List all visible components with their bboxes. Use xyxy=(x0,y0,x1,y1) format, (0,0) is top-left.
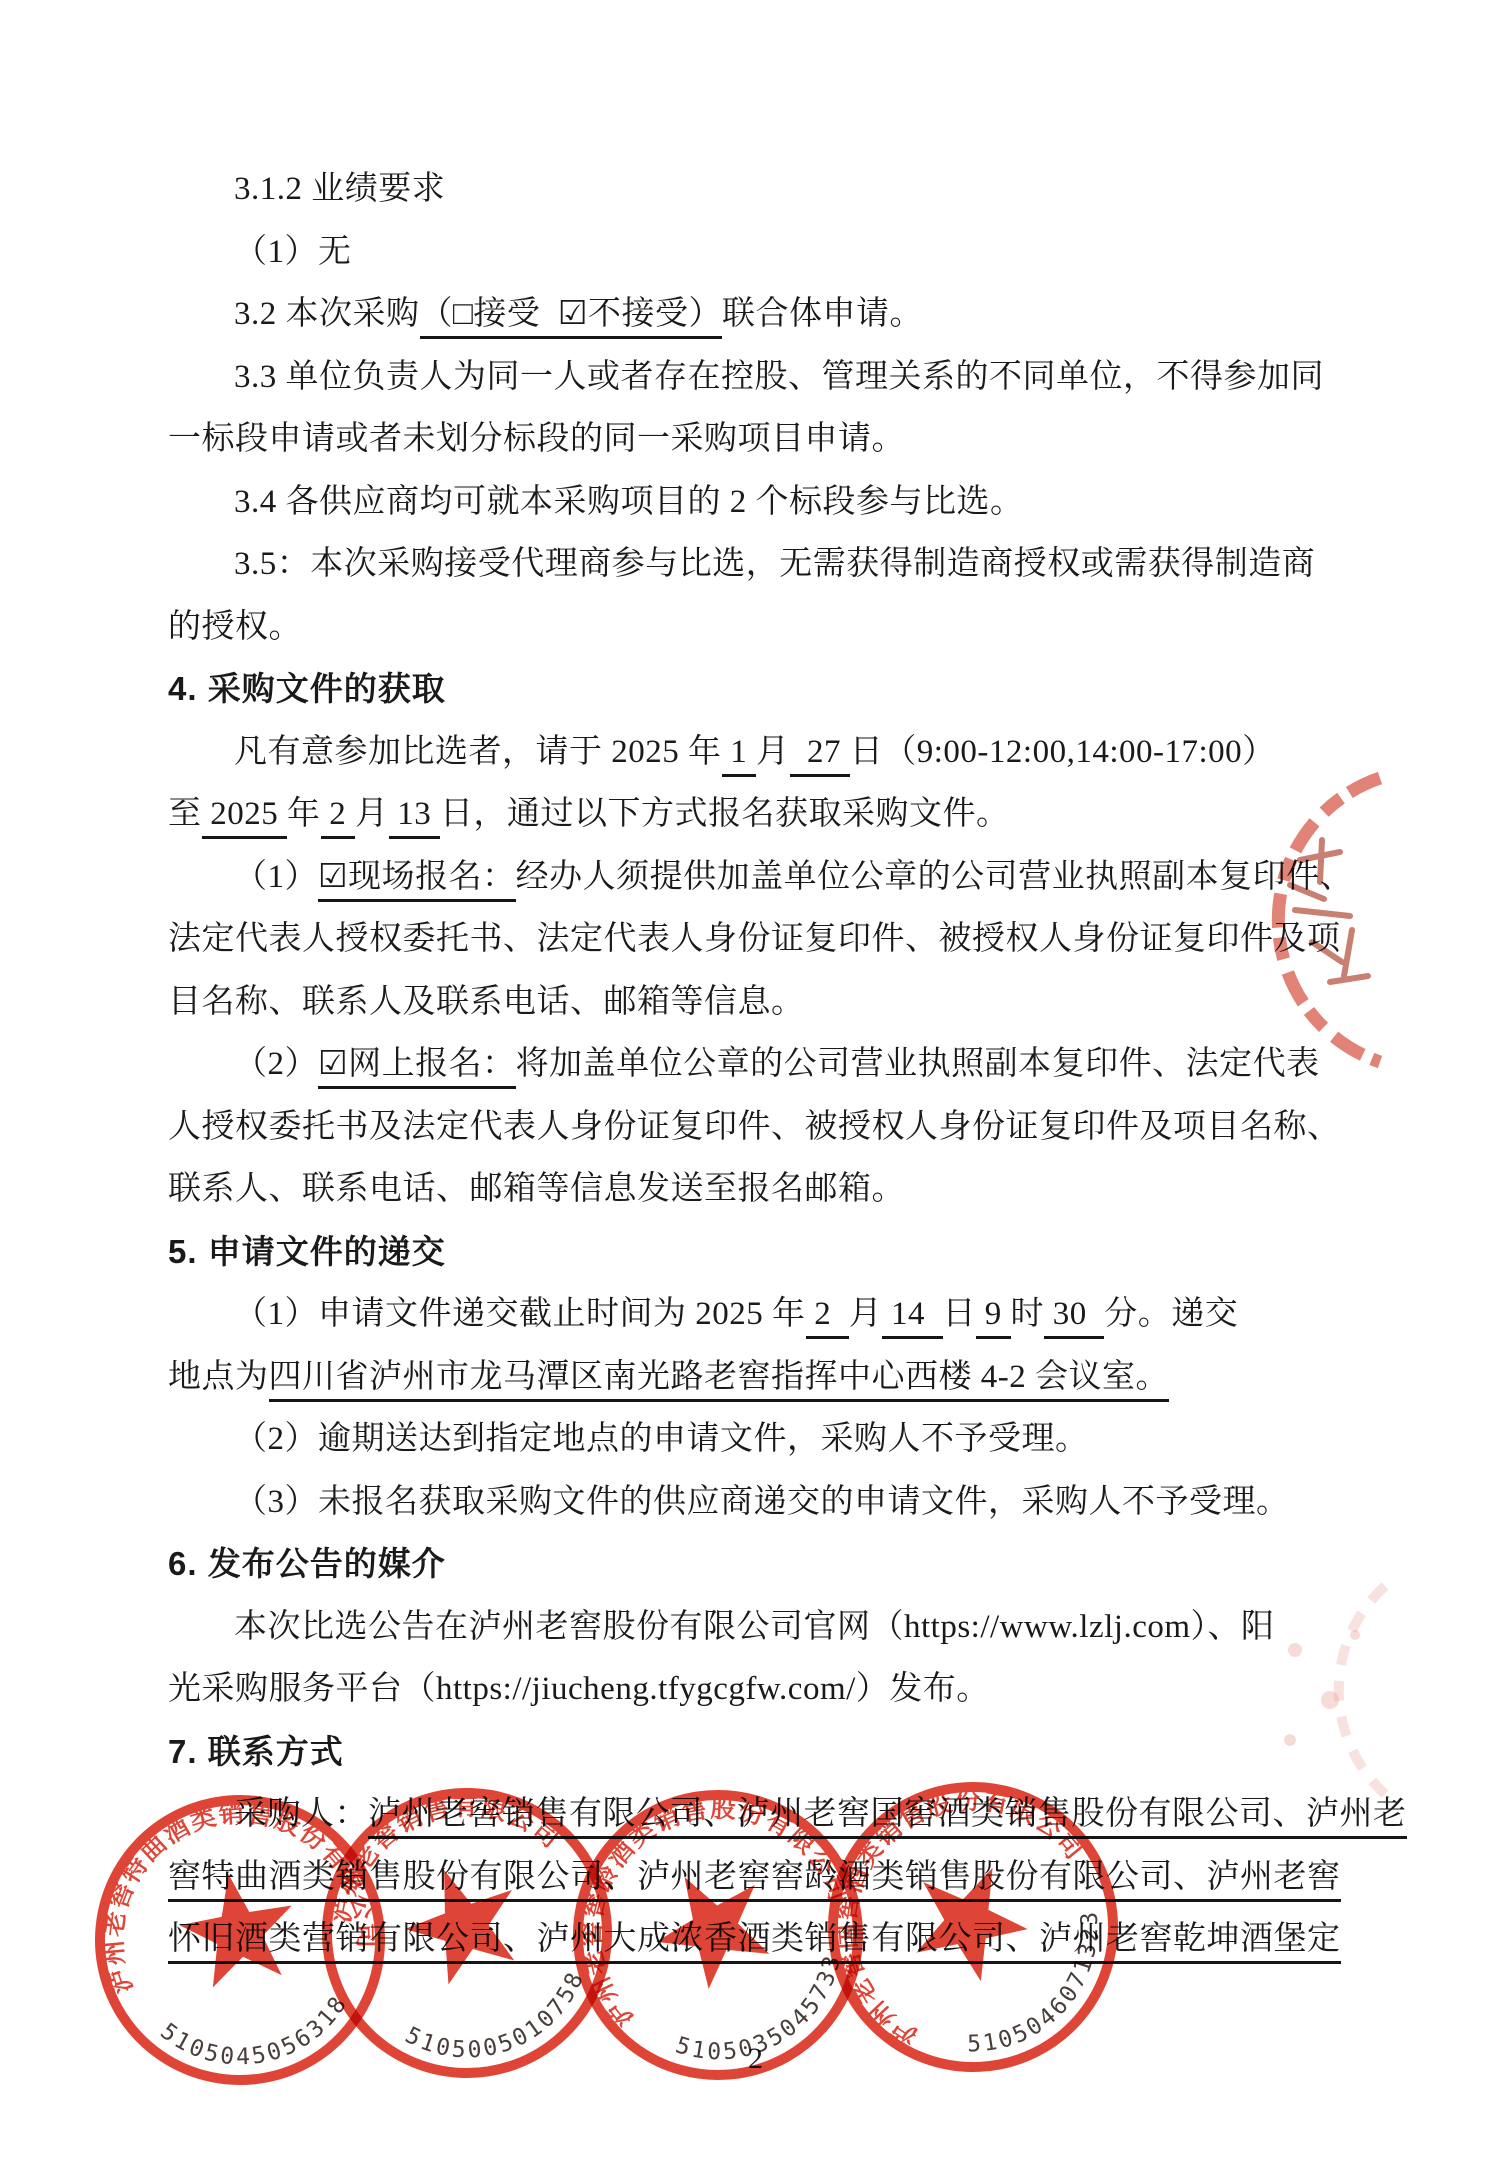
underlined-text-segment: 2025 xyxy=(202,796,288,839)
underlined-text-segment: 2 xyxy=(806,1296,849,1339)
text-line: 3.5：本次采购接受代理商参与比选，无需获得制造商授权或需获得制造商 xyxy=(168,533,1393,596)
document-body: 3.1.2 业绩要求（1）无3.2 本次采购（□接受 ☑不接受）联合体申请。3.… xyxy=(168,158,1393,1971)
text-segment: （3）未报名获取采购文件的供应商递交的申请文件，采购人不予受理。 xyxy=(234,1484,1290,1520)
text-segment: 时 xyxy=(1011,1296,1045,1332)
text-line: 3.2 本次采购（□接受 ☑不接受）联合体申请。 xyxy=(168,283,1393,346)
text-line: 目名称、联系人及联系电话、邮箱等信息。 xyxy=(168,971,1393,1034)
text-segment: （1） xyxy=(234,859,318,895)
text-segment: 3.5：本次采购接受代理商参与比选，无需获得制造商授权或需获得制造商 xyxy=(234,546,1315,582)
text-segment: （1）无 xyxy=(234,234,352,270)
text-line: 联系人、联系电话、邮箱等信息发送至报名邮箱。 xyxy=(168,1158,1393,1221)
text-line: 3.4 各供应商均可就本采购项目的 2 个标段参与比选。 xyxy=(168,471,1393,534)
text-segment: 本次比选公告在泸州老窖股份有限公司官网（https://www.lzlj.com… xyxy=(234,1609,1275,1645)
text-line: 光采购服务平台（https://jiucheng.tfygcgfw.com/）发… xyxy=(168,1658,1393,1721)
text-line: 3.1.2 业绩要求 xyxy=(168,158,1393,221)
section-heading: 5. 申请文件的递交 xyxy=(168,1221,1393,1284)
text-segment: 6. 发布公告的媒介 xyxy=(168,1545,446,1582)
section-heading: 6. 发布公告的媒介 xyxy=(168,1533,1393,1596)
text-segment: 4. 采购文件的获取 xyxy=(168,670,446,707)
underlined-text-segment: 2 xyxy=(321,796,356,839)
text-line: （1）无 xyxy=(168,221,1393,284)
text-line: （2）逾期送达到指定地点的申请文件，采购人不予受理。 xyxy=(168,1408,1393,1471)
underlined-text-segment: （□接受 ☑不接受） xyxy=(420,296,723,339)
text-line: 人授权委托书及法定代表人身份证复印件、被授权人身份证复印件及项目名称、 xyxy=(168,1096,1393,1159)
text-line: 的授权。 xyxy=(168,596,1393,659)
text-line: （1）申请文件递交截止时间为 2025 年 2 月 14 日 9 时 30 分。… xyxy=(168,1283,1393,1346)
text-line: 地点为四川省泸州市龙马潭区南光路老窖指挥中心西楼 4-2 会议室。 xyxy=(168,1346,1393,1409)
text-segment: 联合体申请。 xyxy=(722,296,923,332)
star-icon xyxy=(885,1840,1042,1998)
text-segment: 3.3 单位负责人为同一人或者存在控股、管理关系的不同单位，不得参加同 xyxy=(234,359,1324,395)
text-line: 一标段申请或者未划分标段的同一采购项目申请。 xyxy=(168,408,1393,471)
text-line: 本次比选公告在泸州老窖股份有限公司官网（https://www.lzlj.com… xyxy=(168,1596,1393,1659)
text-segment: 光采购服务平台（https://jiucheng.tfygcgfw.com/）发… xyxy=(168,1671,990,1707)
text-segment: 3.4 各供应商均可就本采购项目的 2 个标段参与比选。 xyxy=(234,484,1024,520)
text-segment: 日（9:00-12:00,14:00-17:00） xyxy=(850,734,1276,770)
text-segment: 3.2 本次采购 xyxy=(234,296,420,332)
text-segment: 3.1.2 业绩要求 xyxy=(234,171,445,207)
document-page: { "page": { "number": "2" }, "colors": {… xyxy=(0,0,1500,2166)
text-line: （1）☑现场报名：经办人须提供加盖单位公章的公司营业执照副本复印件、 xyxy=(168,846,1393,909)
text-segment: 7. 联系方式 xyxy=(168,1733,344,1770)
text-segment: 年 xyxy=(287,796,321,832)
text-segment: 凡有意参加比选者，请于 2025 年 xyxy=(234,734,722,770)
text-segment: 5. 申请文件的递交 xyxy=(168,1233,446,1270)
underlined-text-segment: 1 xyxy=(722,734,757,777)
text-segment: 月 xyxy=(849,1296,883,1332)
text-segment: 联系人、联系电话、邮箱等信息发送至报名邮箱。 xyxy=(168,1171,905,1207)
text-segment: 日，通过以下方式报名获取采购文件。 xyxy=(440,796,1010,832)
text-segment: 月 xyxy=(355,796,389,832)
faded-seal-fragment xyxy=(1235,1580,1415,1800)
text-segment: 将加盖单位公章的公司营业执照副本复印件、法定代表 xyxy=(516,1046,1320,1082)
underlined-text-segment: 四川省泸州市龙马潭区南光路老窖指挥中心西楼 4-2 会议室。 xyxy=(269,1359,1170,1402)
underlined-text-segment: ☑网上报名： xyxy=(318,1046,516,1089)
section-heading: 4. 采购文件的获取 xyxy=(168,658,1393,721)
text-segment: （1）申请文件递交截止时间为 2025 年 xyxy=(234,1296,806,1332)
underlined-text-segment: ☑现场报名： xyxy=(318,859,516,902)
underlined-text-segment: 9 xyxy=(976,1296,1011,1339)
text-line: （2）☑网上报名：将加盖单位公章的公司营业执照副本复印件、法定代表 xyxy=(168,1033,1393,1096)
text-segment: （2）逾期送达到指定地点的申请文件，采购人不予受理。 xyxy=(234,1421,1089,1457)
text-segment: 一标段申请或者未划分标段的同一采购项目申请。 xyxy=(168,421,905,457)
text-segment: 至 xyxy=(168,796,202,832)
text-segment: 地点为 xyxy=(168,1359,269,1395)
underlined-text-segment: 14 xyxy=(882,1296,942,1339)
text-segment: 月 xyxy=(756,734,790,770)
text-line: 3.3 单位负责人为同一人或者存在控股、管理关系的不同单位，不得参加同 xyxy=(168,346,1393,409)
text-line: 至 2025 年 2 月 13 日，通过以下方式报名获取采购文件。 xyxy=(168,783,1393,846)
text-segment: 目名称、联系人及联系电话、邮箱等信息。 xyxy=(168,984,805,1020)
text-segment: 的授权。 xyxy=(168,609,302,645)
text-segment: 分。递交 xyxy=(1104,1296,1238,1332)
star-icon xyxy=(391,1851,535,1992)
underlined-text-segment: 13 xyxy=(389,796,441,839)
partial-seal-fragment xyxy=(1230,770,1430,1080)
text-segment: 法定代表人授权委托书、法定代表人身份证复印件、被授权人身份证复印件及项 xyxy=(168,921,1341,957)
text-line: 法定代表人授权委托书、法定代表人身份证复印件、被授权人身份证复印件及项 xyxy=(168,908,1393,971)
underlined-text-segment: 30 xyxy=(1044,1296,1104,1339)
text-segment: （2） xyxy=(234,1046,318,1082)
text-segment: 日 xyxy=(943,1296,977,1332)
underlined-text-segment: 27 xyxy=(790,734,850,777)
text-segment: 人授权委托书及法定代表人身份证复印件、被授权人身份证复印件及项目名称、 xyxy=(168,1109,1341,1145)
text-line: （3）未报名获取采购文件的供应商递交的申请文件，采购人不予受理。 xyxy=(168,1471,1393,1534)
text-segment: 经办人须提供加盖单位公章的公司营业执照副本复印件、 xyxy=(516,859,1354,895)
text-line: 凡有意参加比选者，请于 2025 年 1 月 27 日（9:00-12:00,1… xyxy=(168,721,1393,784)
